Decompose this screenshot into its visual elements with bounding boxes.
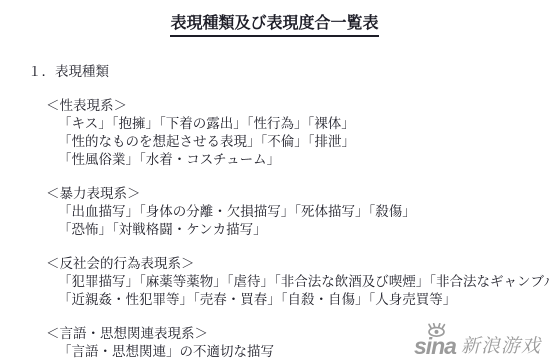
category-line: 「犯罪描写」「麻薬等薬物」「虐待」「非合法な飲酒及び喫煙」「非合法なギャンブル」 — [0, 273, 549, 291]
sina-watermark: sina 新浪游戏 — [414, 325, 541, 359]
category-group-antisocial: ＜反社会的行為表現系＞ 「犯罪描写」「麻薬等薬物」「虐待」「非合法な飲酒及び喫煙… — [0, 255, 549, 309]
document-page: 表現種類及び表現度合一覧表 １．表現種類 ＜性表現系＞ 「キス」「抱擁」「下着の… — [0, 0, 549, 364]
category-group-sexual: ＜性表現系＞ 「キス」「抱擁」「下着の露出」「性行為」「裸体」 「性的なものを想… — [0, 97, 549, 169]
sina-logo: sina — [414, 325, 456, 359]
category-heading: ＜反社会的行為表現系＞ — [0, 255, 549, 273]
category-group-violence: ＜暴力表現系＞ 「出血描写」「身体の分離・欠損描写」「死体描写」「殺傷」 「恐怖… — [0, 185, 549, 239]
category-line: 「キス」「抱擁」「下着の露出」「性行為」「裸体」 — [0, 115, 549, 133]
category-line: 「性風俗業」「水着・コスチューム」 — [0, 151, 549, 169]
category-heading: ＜性表現系＞ — [0, 97, 549, 115]
category-line: 「性的なものを想起させる表現」「不倫」「排泄」 — [0, 133, 549, 151]
category-line: 「出血描写」「身体の分離・欠損描写」「死体描写」「殺傷」 — [0, 203, 549, 221]
document-title: 表現種類及び表現度合一覧表 — [170, 13, 378, 37]
section-number: １．表現種類 — [0, 63, 549, 81]
title-row: 表現種類及び表現度合一覧表 — [0, 0, 549, 37]
category-heading: ＜暴力表現系＞ — [0, 185, 549, 203]
category-line: 「恐怖」「対戦格闘・ケンカ描写」 — [0, 221, 549, 239]
sina-eye-icon — [427, 323, 446, 337]
category-line: 「近親姦・性犯罪等」「売春・買春」「自殺・自傷」「人身売買等」 — [0, 291, 549, 309]
sina-brand-text: 新浪游戏 — [461, 335, 541, 359]
